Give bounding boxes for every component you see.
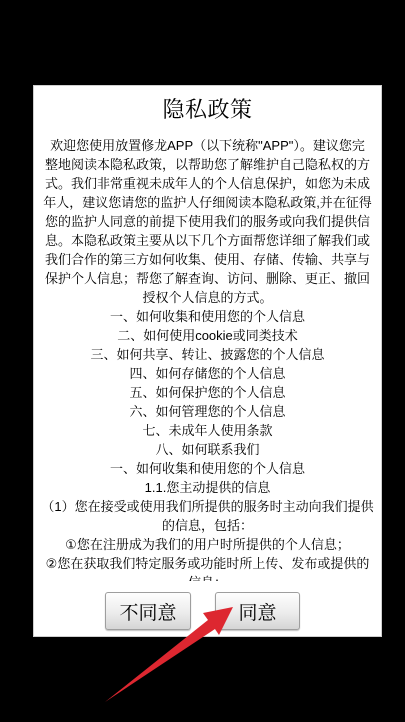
policy-section-heading: 一、如何收集和使用您的个人信息 <box>40 459 375 478</box>
disagree-button[interactable]: 不同意 <box>105 592 191 630</box>
policy-text-line: 我们合作的第三方如何收集、使用、存储、传输、共享与 <box>40 250 375 269</box>
policy-text-line: 整地阅读本隐私政策，以帮助您了解维护自己隐私权的方 <box>40 155 375 174</box>
policy-text-line: （1）您在接受或使用我们所提供的服务时主动向我们提供 <box>40 497 375 516</box>
policy-text-line: ②您在获取我们特定服务或功能时所上传、发布或提供的 <box>40 554 375 573</box>
policy-text-line: 保护个人信息；帮您了解查询、访问、删除、更正、撤回 <box>40 269 375 288</box>
policy-toc-item: 三、如何共享、转让、披露您的个人信息 <box>40 345 375 364</box>
policy-toc-item: 一、如何收集和使用您的个人信息 <box>40 307 375 326</box>
privacy-policy-dialog: 隐私政策 欢迎您使用放置修龙APP（以下统称"APP"）。建议您完 整地阅读本隐… <box>33 85 382 637</box>
policy-text-line: 欢迎您使用放置修龙APP（以下统称"APP"）。建议您完 <box>40 136 375 155</box>
policy-text-line: 的信息，包括： <box>40 516 375 535</box>
policy-section-heading: 1.1.您主动提供的信息 <box>40 478 375 497</box>
policy-toc-item: 七、未成年人使用条款 <box>40 421 375 440</box>
policy-text-line: 年人，建议您请您的监护人仔细阅读本隐私政策,并在征得 <box>40 193 375 212</box>
policy-text-line: 息。本隐私政策主要从以下几个方面帮您详细了解我们或 <box>40 231 375 250</box>
policy-text-line: 式。我们非常重视未成年人的个人信息保护，如您为未成 <box>40 174 375 193</box>
policy-toc-item: 四、如何存储您的个人信息 <box>40 364 375 383</box>
policy-text-area[interactable]: 欢迎您使用放置修龙APP（以下统称"APP"）。建议您完 整地阅读本隐私政策，以… <box>40 136 375 581</box>
policy-toc-item: 六、如何管理您的个人信息 <box>40 402 375 421</box>
dialog-title: 隐私政策 <box>34 99 381 121</box>
agree-button[interactable]: 同意 <box>215 592 300 630</box>
policy-text-line: 授权个人信息的方式。 <box>40 288 375 307</box>
phone-screen: 隐私政策 欢迎您使用放置修龙APP（以下统称"APP"）。建议您完 整地阅读本隐… <box>0 0 405 722</box>
policy-toc-item: 五、如何保护您的个人信息 <box>40 383 375 402</box>
policy-toc-item: 八、如何联系我们 <box>40 440 375 459</box>
policy-text-line: ①您在注册成为我们的用户时所提供的个人信息； <box>40 535 375 554</box>
dialog-button-row: 不同意 同意 <box>34 592 381 630</box>
policy-toc-item: 二、如何使用cookie或同类技术 <box>40 326 375 345</box>
policy-text-line: 您的监护人同意的前提下使用我们的服务或向我们提供信 <box>40 212 375 231</box>
policy-text-line: 信息； <box>40 573 375 581</box>
